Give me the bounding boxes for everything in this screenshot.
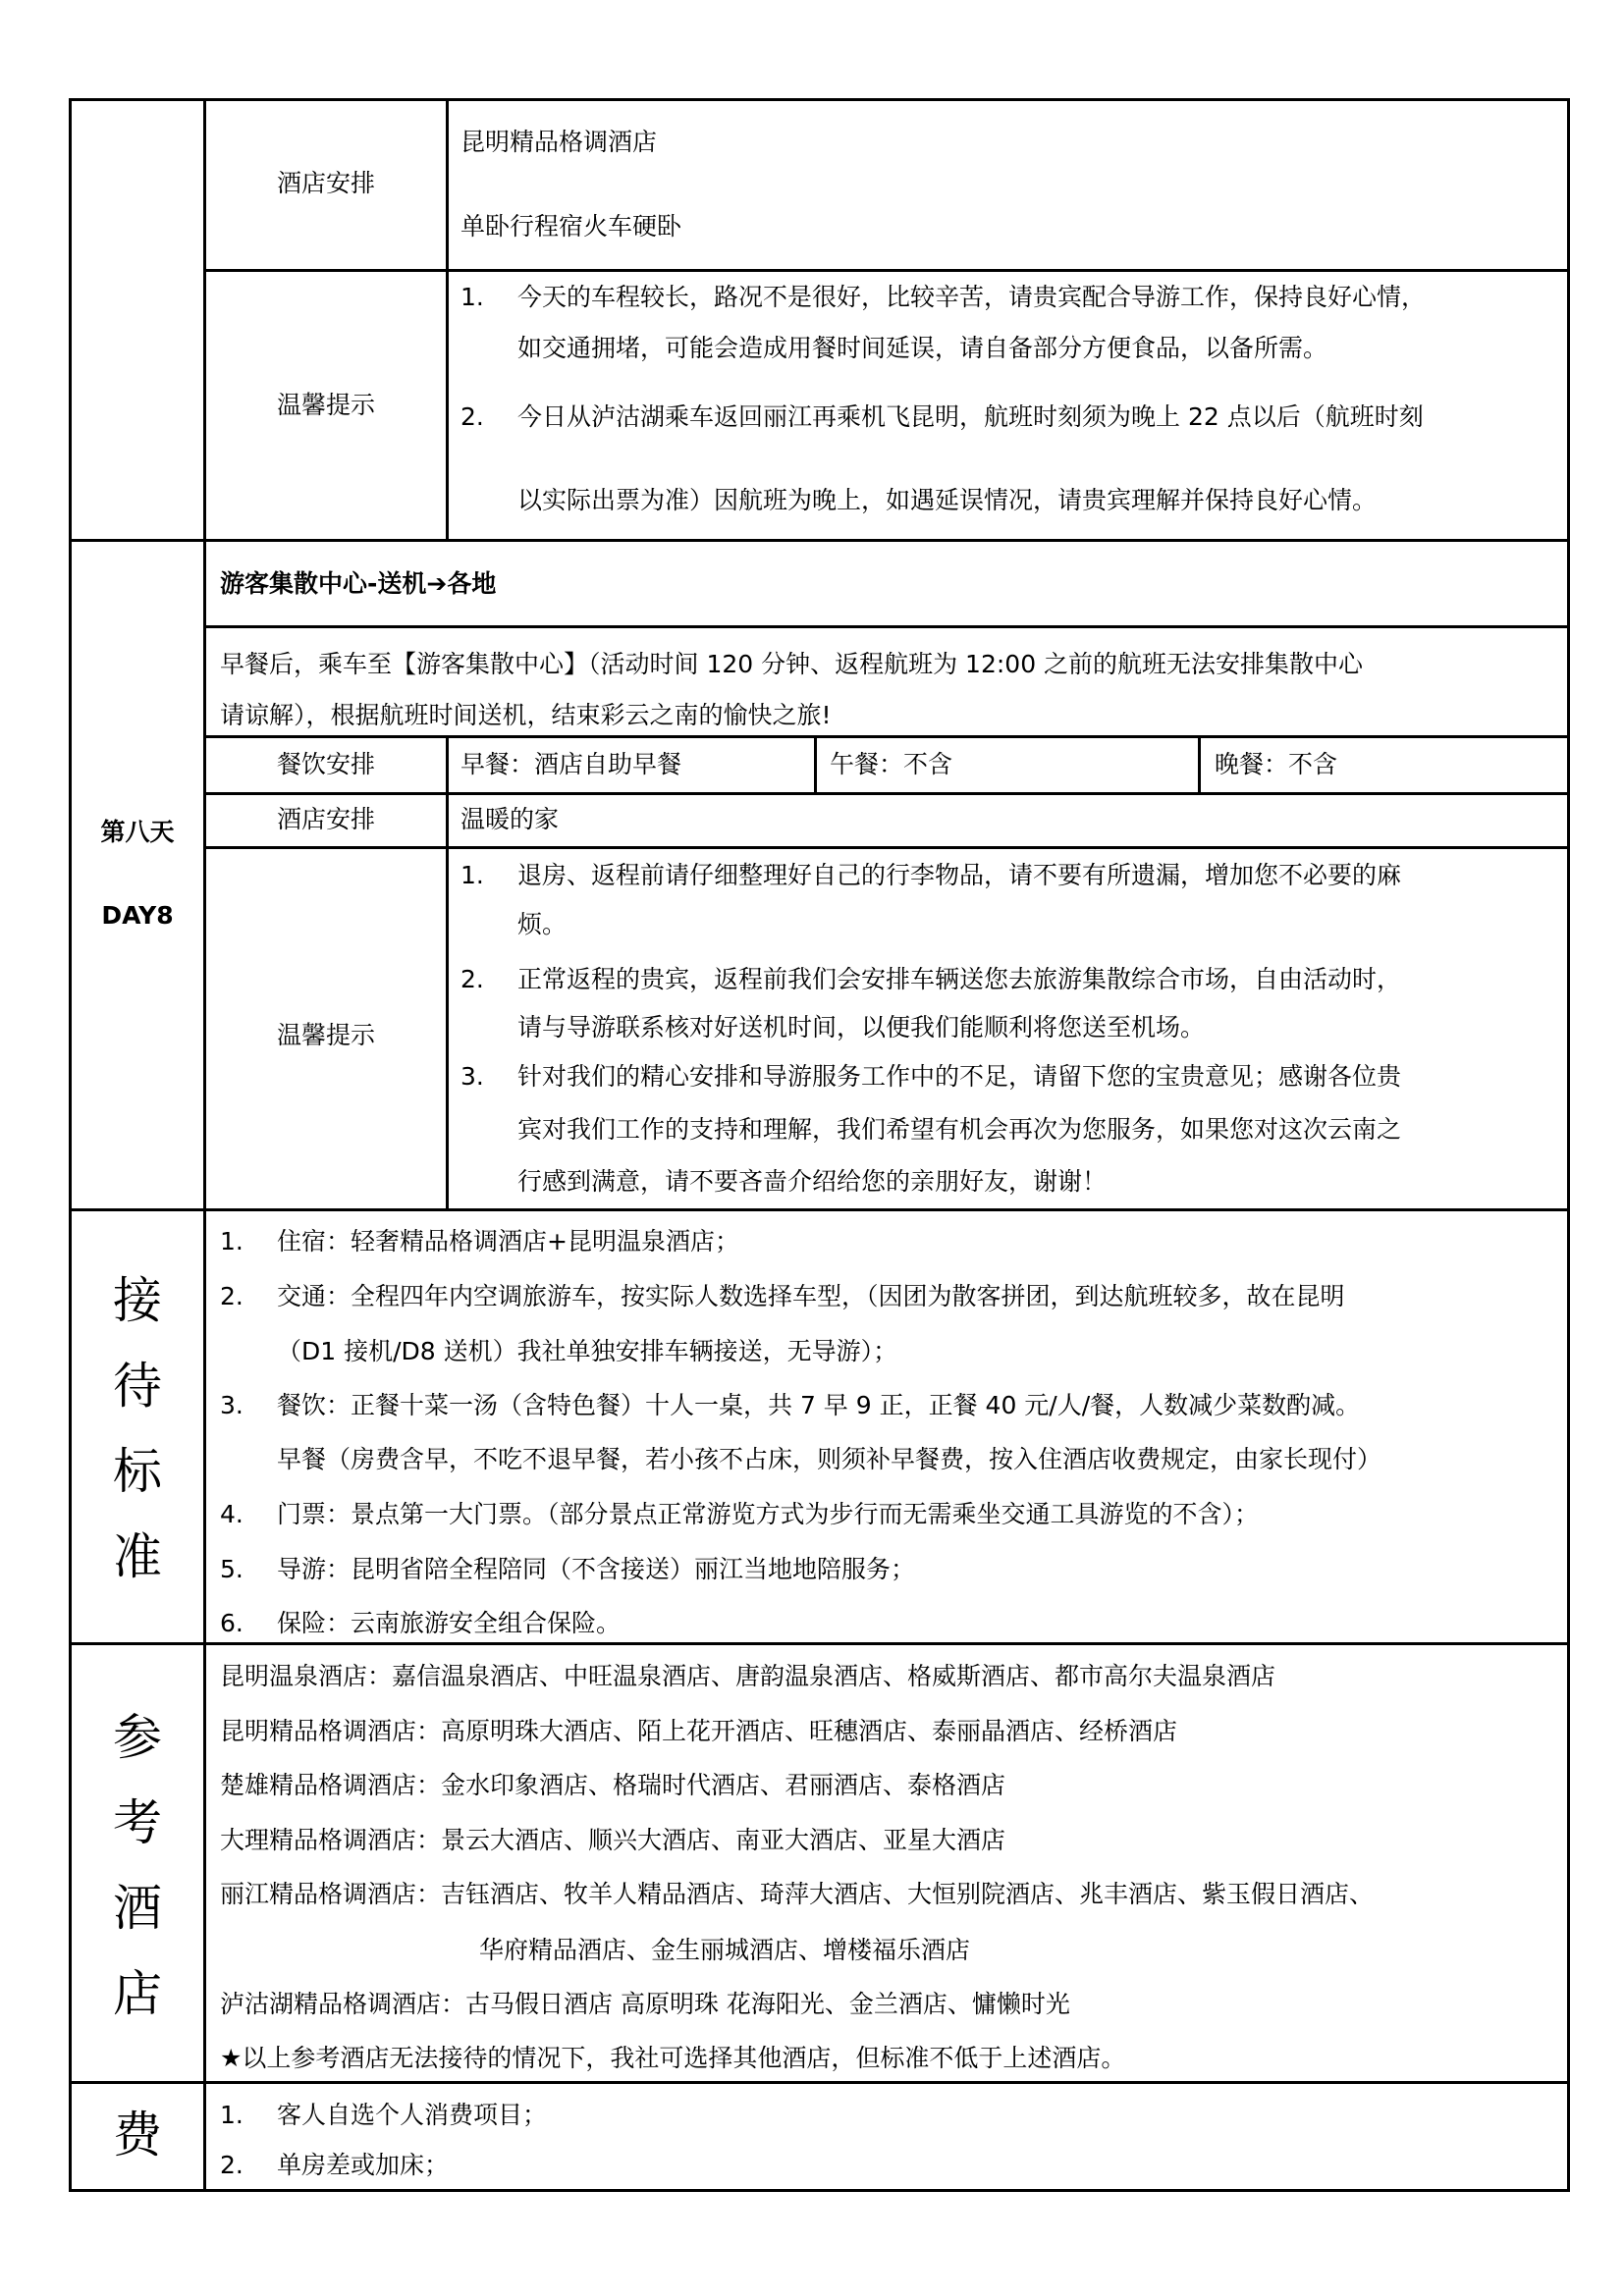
tip-continuation: 以实际出票为准）因航班为晚上，如遇延误情况，请贵宾理解并保持良好心情。 bbox=[460, 486, 1377, 515]
meal-lunch: 午餐：不含 bbox=[830, 750, 952, 779]
hotel-line: 昆明精品格调酒店 bbox=[460, 128, 657, 157]
section-divider-fees bbox=[69, 2081, 1570, 2084]
standard-continuation: （D1 接机/D8 送机）我社单独安排车辆接送，无导游）； bbox=[220, 1337, 897, 1366]
row-divider bbox=[203, 792, 1570, 795]
item-number: 1. bbox=[220, 2101, 277, 2130]
hotels-label-char: 店 bbox=[72, 1969, 203, 2018]
meal-breakfast: 早餐：酒店自助早餐 bbox=[460, 750, 681, 779]
tips-label: 温馨提示 bbox=[206, 1021, 446, 1050]
tip-number: 3. bbox=[460, 1062, 517, 1092]
hotels-label-char: 考 bbox=[72, 1798, 203, 1847]
hotel-list-line: 昆明温泉酒店：嘉信温泉酒店、中旺温泉酒店、唐韵温泉酒店、格威斯酒店、都市高尔夫温… bbox=[220, 1662, 1275, 1691]
tip-continuation: 行感到满意，请不要吝啬介绍给您的亲朋好友，谢谢！ bbox=[460, 1167, 1107, 1197]
hotels-label-char: 参 bbox=[72, 1713, 203, 1762]
meal-divider-dinner bbox=[1198, 735, 1201, 794]
hotel-list-line: 大理精品格调酒店：景云大酒店、顺兴大酒店、南亚大酒店、亚星大酒店 bbox=[220, 1826, 1005, 1855]
hotel-list-line: 丽江精品格调酒店：吉钰酒店、牧羊人精品酒店、琦萍大酒店、大恒别院酒店、兆丰酒店、… bbox=[220, 1880, 1374, 1909]
item-text: 餐饮：正餐十菜一汤（含特色餐）十人一桌，共 7 早 9 正，正餐 40 元/人/… bbox=[277, 1391, 1360, 1419]
tip-item: 3.针对我们的精心安排和导游服务工作中的不足，请留下您的宝贵意见；感谢各位贵 bbox=[460, 1062, 1401, 1092]
table-border-right bbox=[1567, 98, 1570, 2191]
section-divider-hotels bbox=[69, 1642, 1570, 1645]
item-number: 2. bbox=[220, 2151, 277, 2180]
hotel-list-line: 楚雄精品格调酒店：金水印象酒店、格瑞时代酒店、君丽酒店、泰格酒店 bbox=[220, 1771, 1005, 1800]
row-divider bbox=[203, 269, 1570, 272]
tip-continuation: 宾对我们工作的支持和理解，我们希望有机会再次为您服务，如果您对这次云南之 bbox=[460, 1115, 1401, 1145]
item-number: 3. bbox=[220, 1391, 277, 1420]
hotel-value: 温暖的家 bbox=[460, 805, 559, 834]
standards-label-char: 标 bbox=[72, 1447, 203, 1496]
standard-continuation: 早餐（房费含早，不吃不退早餐，若小孩不占床，则须补早餐费，按入住酒店收费规定，由… bbox=[220, 1445, 1381, 1474]
hotel-arrangement-label: 酒店安排 bbox=[206, 805, 446, 834]
item-text: 住宿：轻奢精品格调酒店+昆明温泉酒店； bbox=[277, 1227, 739, 1255]
item-text: 保险：云南旅游安全组合保险。 bbox=[277, 1609, 621, 1637]
hotel-list-line: 华府精品酒店、金生丽城酒店、增楼福乐酒店 bbox=[479, 1936, 970, 1965]
day-label: 第八天 bbox=[72, 818, 203, 847]
day-description-line: 请谅解），根据航班时间送机，结束彩云之南的愉快之旅! bbox=[220, 701, 832, 730]
standards-label-char: 接 bbox=[72, 1276, 203, 1325]
fees-label: 费 bbox=[72, 2110, 203, 2160]
standard-item: 5.导游：昆明省陪全程陪同（不含接送）丽江当地地陪服务； bbox=[220, 1555, 915, 1584]
item-number: 5. bbox=[220, 1555, 277, 1584]
tip-continuation: 请与导游联系核对好送机时间，以便我们能顺利将您送至机场。 bbox=[460, 1013, 1205, 1042]
meal-divider-lunch bbox=[814, 735, 817, 794]
tip-item: 1.退房、返程前请仔细整理好自己的行李物品，请不要有所遗漏，增加您不必要的麻 bbox=[460, 861, 1401, 890]
item-text: 导游：昆明省陪全程陪同（不含接送）丽江当地地陪服务； bbox=[277, 1555, 915, 1583]
item-number: 1. bbox=[220, 1227, 277, 1256]
standard-item: 1.住宿：轻奢精品格调酒店+昆明温泉酒店； bbox=[220, 1227, 739, 1256]
hotel-line: 单卧行程宿火车硬卧 bbox=[460, 212, 681, 241]
item-text: 门票：景点第一大门票。（部分景点正常游览方式为步行而无需乘坐交通工具游览的不含）… bbox=[277, 1500, 1259, 1528]
hotel-note: ★以上参考酒店无法接待的情况下，我社可选择其他酒店，但标准不低于上述酒店。 bbox=[220, 2044, 1125, 2073]
standards-label-char: 待 bbox=[72, 1362, 203, 1411]
tips-label: 温馨提示 bbox=[206, 391, 446, 420]
item-number: 4. bbox=[220, 1500, 277, 1529]
day-code: DAY8 bbox=[72, 901, 203, 931]
tip-text: 退房、返程前请仔细整理好自己的行李物品，请不要有所遗漏，增加您不必要的麻 bbox=[517, 861, 1401, 889]
tip-continuation: 如交通拥堵，可能会造成用餐时间延误，请自备部分方便食品，以备所需。 bbox=[460, 334, 1327, 363]
column-divider-2-top bbox=[446, 98, 449, 541]
tip-continuation: 烦。 bbox=[460, 910, 567, 939]
row-divider bbox=[203, 625, 1570, 628]
column-divider-2-day8 bbox=[446, 735, 449, 1209]
fee-item: 2.单房差或加床； bbox=[220, 2151, 449, 2180]
tip-text: 正常返程的贵宾，返程前我们会安排车辆送您去旅游集散综合市场，自由活动时， bbox=[517, 965, 1401, 993]
section-divider-standards bbox=[69, 1208, 1570, 1211]
tip-number: 2. bbox=[460, 402, 517, 432]
row-divider bbox=[203, 735, 1570, 738]
table-border-top bbox=[69, 98, 1570, 101]
standard-item: 2.交通：全程四年内空调旅游车，按实际人数选择车型，（因团为散客拼团，到达航班较… bbox=[220, 1282, 1345, 1311]
day-description-line: 早餐后，乘车至【游客集散中心】（活动时间 120 分钟、返程航班为 12:00 … bbox=[220, 650, 1363, 679]
item-text: 交通：全程四年内空调旅游车，按实际人数选择车型，（因团为散客拼团，到达航班较多，… bbox=[277, 1282, 1345, 1310]
standard-item: 4.门票：景点第一大门票。（部分景点正常游览方式为步行而无需乘坐交通工具游览的不… bbox=[220, 1500, 1259, 1529]
standard-item: 6.保险：云南旅游安全组合保险。 bbox=[220, 1609, 621, 1638]
fee-item: 1.客人自选个人消费项目； bbox=[220, 2101, 547, 2130]
row-divider bbox=[203, 846, 1570, 849]
item-text: 客人自选个人消费项目； bbox=[277, 2101, 547, 2129]
table-border-left bbox=[69, 98, 72, 2191]
standard-item: 3.餐饮：正餐十菜一汤（含特色餐）十人一桌，共 7 早 9 正，正餐 40 元/… bbox=[220, 1391, 1360, 1420]
meals-label: 餐饮安排 bbox=[206, 750, 446, 779]
meal-dinner: 晚餐：不含 bbox=[1215, 750, 1337, 779]
tip-number: 2. bbox=[460, 965, 517, 994]
tip-item: 2.今日从泸沽湖乘车返回丽江再乘机飞昆明，航班时刻须为晚上 22 点以后（航班时… bbox=[460, 402, 1424, 432]
day-title: 游客集散中心-送机➔各地 bbox=[220, 569, 496, 599]
standards-label-char: 准 bbox=[72, 1532, 203, 1581]
hotels-label-char: 酒 bbox=[72, 1884, 203, 1933]
tip-item: 1.今天的车程较长，路况不是很好，比较辛苦，请贵宾配合导游工作，保持良好心情， bbox=[460, 283, 1426, 312]
tip-item: 2.正常返程的贵宾，返程前我们会安排车辆送您去旅游集散综合市场，自由活动时， bbox=[460, 965, 1401, 994]
tip-number: 1. bbox=[460, 861, 517, 890]
tip-text: 针对我们的精心安排和导游服务工作中的不足，请留下您的宝贵意见；感谢各位贵 bbox=[517, 1062, 1401, 1091]
tip-number: 1. bbox=[460, 283, 517, 312]
item-text: 单房差或加床； bbox=[277, 2151, 449, 2179]
section-divider-day8 bbox=[69, 539, 1570, 542]
hotel-list-line: 泸沽湖精品格调酒店：古马假日酒店 高原明珠 花海阳光、金兰酒店、慵懒时光 bbox=[220, 1990, 1070, 2019]
tip-text: 今日从泸沽湖乘车返回丽江再乘机飞昆明，航班时刻须为晚上 22 点以后（航班时刻 bbox=[517, 402, 1424, 431]
hotel-arrangement-label: 酒店安排 bbox=[206, 169, 446, 198]
hotel-list-line: 昆明精品格调酒店：高原明珠大酒店、陌上花开酒店、旺穗酒店、泰丽晶酒店、经桥酒店 bbox=[220, 1717, 1177, 1746]
item-number: 2. bbox=[220, 1282, 277, 1311]
table-border-bottom bbox=[69, 2189, 1570, 2192]
tip-text: 今天的车程较长，路况不是很好，比较辛苦，请贵宾配合导游工作，保持良好心情， bbox=[517, 283, 1426, 311]
item-number: 6. bbox=[220, 1609, 277, 1638]
